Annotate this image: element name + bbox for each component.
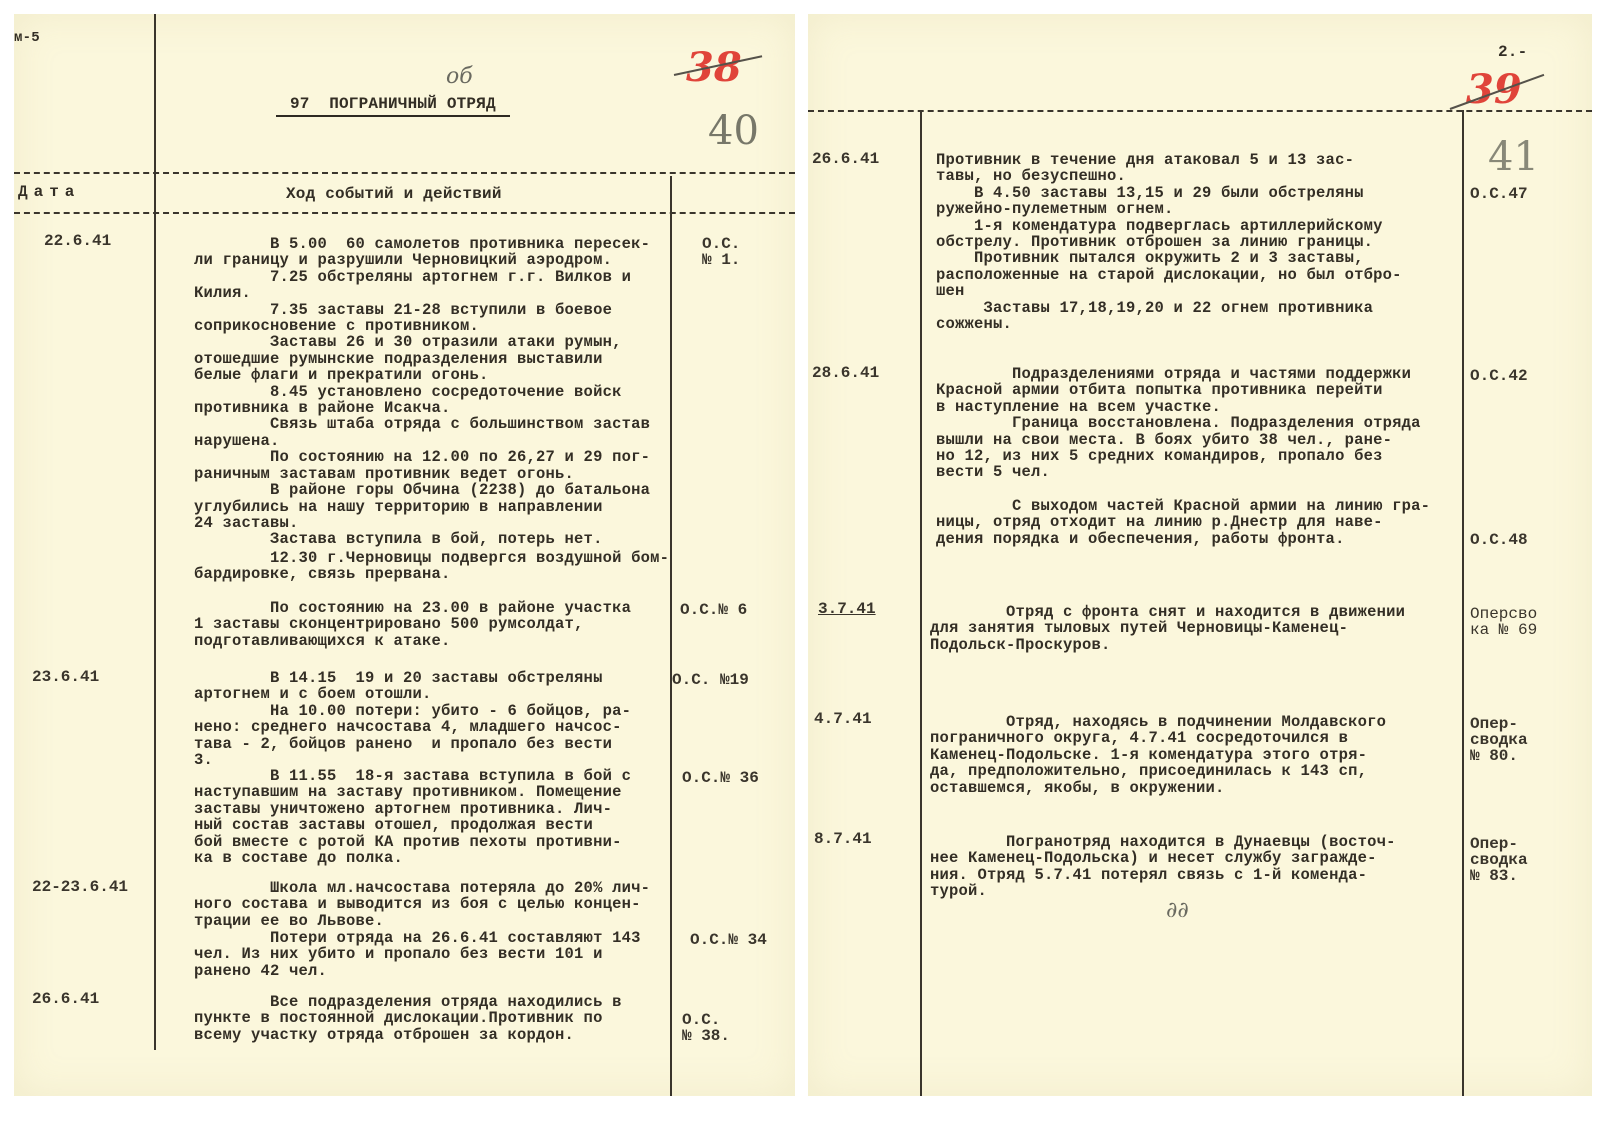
entry-date: 28.6.41 (812, 364, 879, 382)
entry-ref: О.С.47 (1470, 186, 1528, 202)
document-page-left: м-5 об 97 ПОГРАНИЧНЫЙ ОТРЯД 38 40 Дата Х… (14, 14, 795, 1096)
date-column-divider (154, 14, 156, 1050)
entry-text: С выходом частей Красной армии на линию … (936, 498, 1430, 547)
entry-ref: О.С. № 38. (682, 1012, 730, 1044)
entry-text: По состоянию на 23.00 в районе участка 1… (194, 600, 631, 649)
sheet-number: 2.- (1498, 44, 1527, 60)
entry-text: В 5.00 60 самолетов противника пересек- … (194, 236, 650, 548)
document-page-right: 2.- 39 41 26.6.41 Противник в течение дн… (808, 14, 1592, 1096)
red-page-number: 39 (1466, 66, 1522, 113)
page-title: 97 ПОГРАНИЧНЫЙ ОТРЯД (276, 96, 510, 112)
entry-date: 26.6.41 (32, 990, 99, 1008)
ref-column-divider (670, 176, 672, 1096)
entry-ref: О.С.№ 34 (690, 932, 767, 948)
handwritten-signature: ∂∂ (1166, 898, 1189, 923)
entry-date: 8.7.41 (814, 830, 872, 848)
entry-ref: О.С.№ 6 (680, 602, 747, 618)
entry-text: Отряд с фронта снят и находится в движен… (930, 604, 1405, 653)
sheet-code: м-5 (14, 30, 40, 46)
header-rule-top (14, 172, 795, 174)
entry-ref: О.С.42 (1470, 368, 1528, 384)
column-header-events: Ход событий и действий (286, 186, 502, 202)
column-header-date: Дата (18, 184, 80, 200)
header-rule-bottom (14, 212, 795, 214)
entry-text: Противник в течение дня атаковал 5 и 13 … (936, 152, 1402, 332)
date-column-divider (920, 110, 922, 1096)
pencil-page-number: 41 (1488, 134, 1539, 180)
entry-ref: О.С. № 1. (702, 236, 740, 268)
entry-date: 23.6.41 (32, 668, 99, 686)
entry-text: Школа мл.начсостава потеряла до 20% лич-… (194, 880, 650, 929)
entry-text: Отряд, находясь в подчинении Молдавского… (930, 714, 1386, 796)
entry-ref: О.С.№ 36 (682, 770, 759, 786)
ref-column-divider (1462, 110, 1464, 1096)
entry-text: 12.30 г.Черновицы подвергся воздушной бо… (194, 550, 669, 583)
entry-ref: Оперсво ка № 69 (1470, 606, 1537, 638)
entry-date: 22.6.41 (44, 232, 111, 250)
entry-ref: Опер- сводка № 83. (1470, 836, 1528, 884)
entry-ref: О.С.48 (1470, 532, 1528, 548)
entry-text: В 14.15 19 и 20 заставы обстреляны артог… (194, 670, 631, 768)
entry-date: 3.7.41 (818, 600, 876, 618)
entry-text: В 11.55 18-я застава вступила в бой с на… (194, 768, 631, 866)
entry-text: Подразделениями отряда и частями поддерж… (936, 366, 1421, 481)
entry-date: 4.7.41 (814, 710, 872, 728)
entry-text: Все подразделения отряда находились в пу… (194, 994, 622, 1043)
entry-ref: О.С. №19 (672, 672, 749, 688)
entry-date: 22-23.6.41 (32, 878, 128, 896)
handwritten-note: об (446, 64, 473, 89)
entry-text: Потери отряда на 26.6.41 составляют 143 … (194, 930, 641, 979)
pencil-page-number: 40 (708, 108, 759, 154)
entry-text: Погранотряд находится в Дунаевцы (восточ… (930, 834, 1396, 900)
entry-date: 26.6.41 (812, 150, 879, 168)
entry-ref: Опер- сводка № 80. (1470, 716, 1528, 764)
